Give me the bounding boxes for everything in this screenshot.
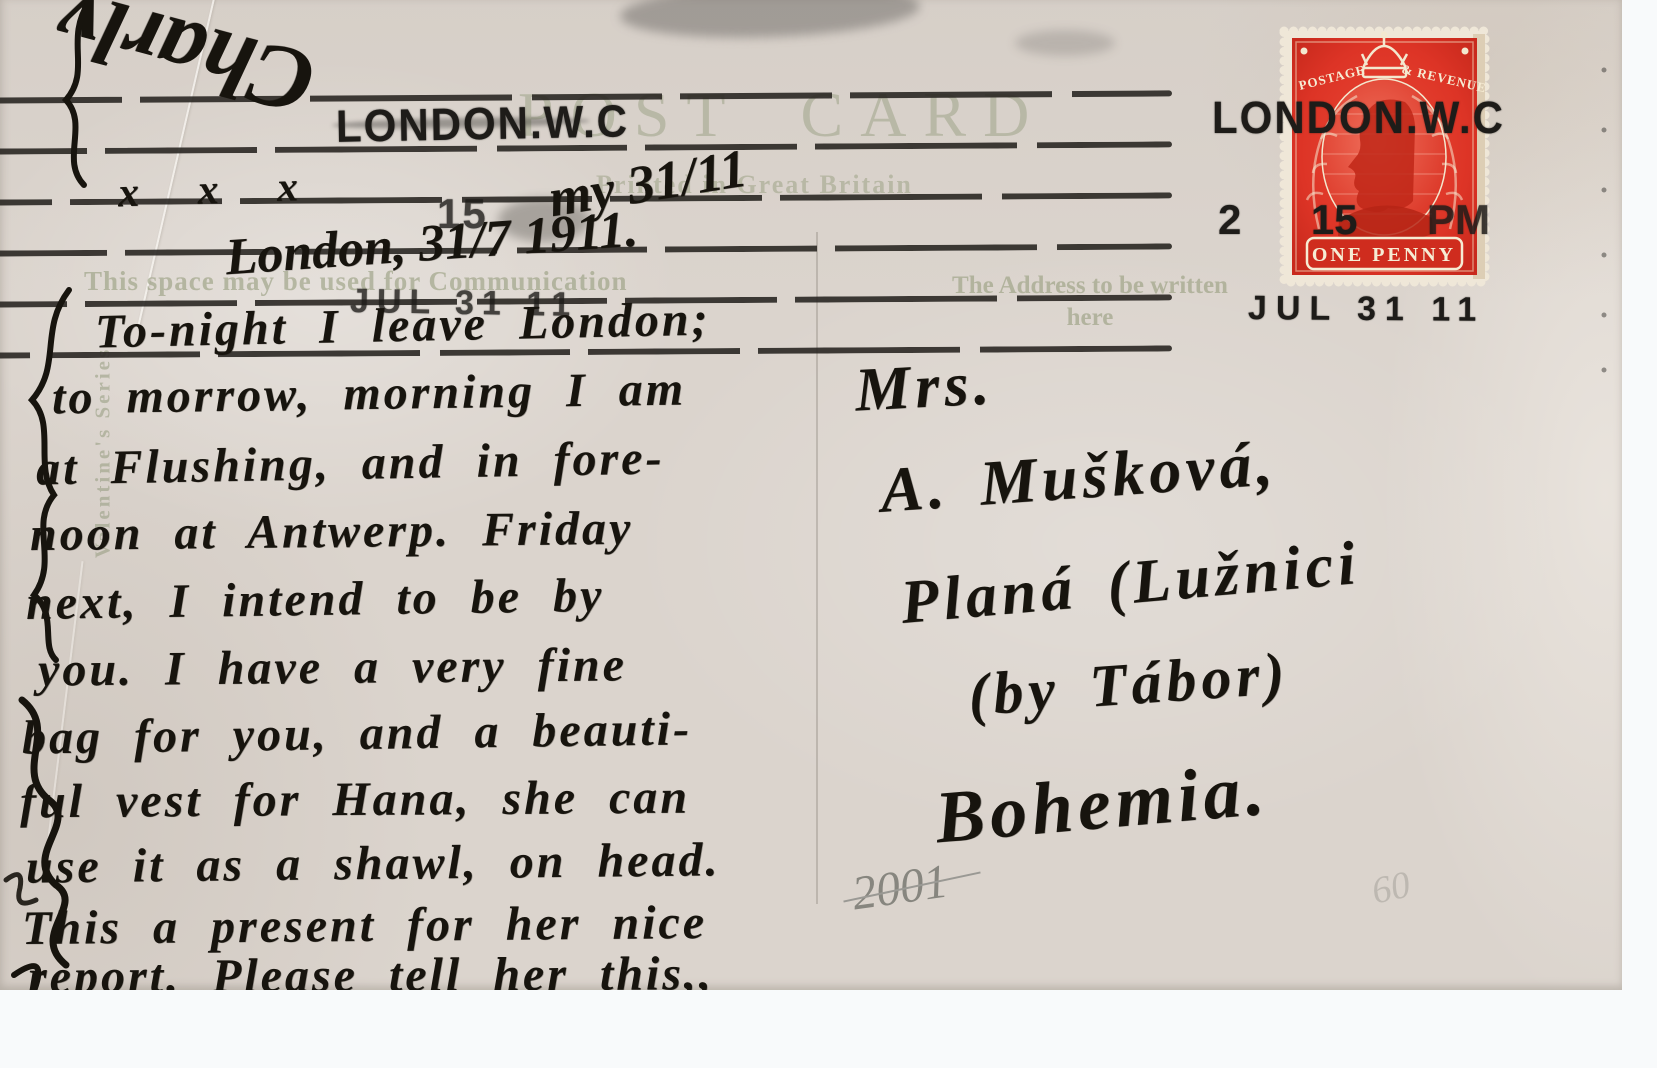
stamp-denomination: ONE PENNY [1312,244,1456,266]
address-line: Bohemia. [932,748,1272,862]
postmark-time: 2 15 PM [1218,196,1490,244]
message-line: at Flushing, and in fore- [36,431,665,497]
postcard-title-word: CARD [801,78,1047,152]
address-line: Mrs. [853,348,995,426]
address-here-label: The Address to be written here [878,270,1302,334]
postmark-hour: 2 [1218,196,1241,244]
message-line: bag for you, and a beauti- [22,701,693,765]
pencil-faint-number: 60 [1368,863,1414,914]
postage-stamp: POSTAGE & REVENUE ONE PENNY [1277,24,1492,294]
postmark-ampm: PM [1427,196,1490,244]
message-line: you. I have a very fine [38,637,627,697]
message-line: noon at Antwerp. Friday [30,501,634,562]
postmark-date: JUL 31 11 [1248,289,1486,330]
ink-smudge [1015,30,1115,56]
stamp-graphic: POSTAGE & REVENUE ONE PENNY [1277,24,1492,289]
message-line: ful vest for Hana, she can [20,770,690,830]
address-line: Planá (Lužnici [898,528,1363,639]
kisses-marks: x x x [117,162,323,217]
scan-edge-dots [1596,60,1612,380]
ink-smudge [619,0,921,42]
address-line: A. Mušková, [878,426,1280,528]
message-line: report. Please tell her this,, [28,946,714,990]
postmark-town-right: LONDON.W.C [1212,92,1505,144]
message-line: to morrow, morning I am [52,362,687,426]
postcard-paper: POST CARD Printed in Great Britain This … [0,0,1622,990]
postmark-min: 15 [1311,196,1358,244]
address-here-line2: here [878,302,1302,334]
center-divider-rule [816,232,818,904]
message-line: use it as a shawl, on head. [26,832,721,894]
left-margin-scrawl [0,0,114,990]
address-line: (by Tábor) [966,639,1292,730]
postmark-town-left: LONDON.W.C [336,95,630,152]
postcard-scan: { "colors": { "card_paper": "#dbd4cd", "… [0,0,1657,1068]
